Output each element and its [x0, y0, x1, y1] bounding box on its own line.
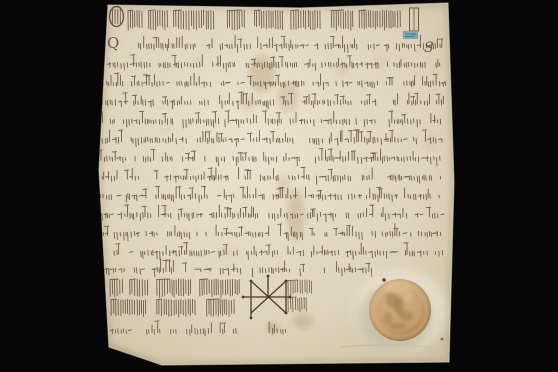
ink-speck: [441, 338, 444, 341]
charter-photo: QS: [0, 0, 558, 372]
archive-stamp: [403, 31, 418, 39]
stamp-label: [403, 31, 418, 39]
stain: [292, 313, 314, 329]
line-end-flourish: S: [424, 40, 434, 56]
seal-hole: [382, 278, 386, 282]
stain: [249, 55, 275, 93]
seal-relief-blotch: [394, 297, 404, 315]
seal-relief-blotch: [384, 281, 412, 293]
wax-seal: [354, 269, 448, 353]
monogram-dot: [285, 312, 288, 315]
monogram-dot: [285, 280, 288, 283]
monogram-dot: [267, 296, 270, 299]
photo-canvas: QS: [0, 0, 558, 372]
monogram-dot: [250, 280, 253, 283]
initial-letter: Q: [107, 34, 119, 52]
seal-relief-blotch: [383, 312, 393, 324]
monogram-dot: [289, 296, 292, 299]
stain: [161, 123, 171, 137]
monogram-dot: [242, 296, 245, 299]
stain: [190, 56, 202, 64]
monogram-dot: [250, 317, 253, 320]
monogram-dot: [267, 275, 270, 278]
seal-relief-blotch: [389, 322, 407, 330]
